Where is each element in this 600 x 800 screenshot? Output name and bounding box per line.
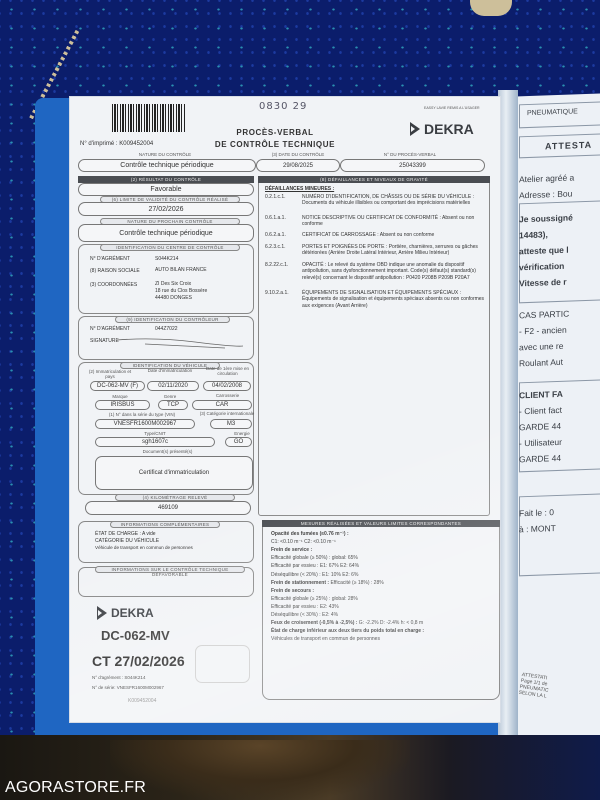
marque-value: IRISBUS (95, 400, 150, 410)
rs-client-fact: - Client fact (519, 405, 562, 417)
documents-value: Certificat d'immatriculation (95, 456, 253, 490)
infos-defavorable-label: INFORMATIONS SUR LE CONTRÔLE TECHNIQUE D… (95, 566, 245, 573)
nature-value: Contrôle technique périodique (78, 159, 256, 172)
defect-code: 0.6.1.a.1. (265, 215, 299, 221)
carrosserie-label: Carrosserie (210, 393, 245, 398)
handwritten-note: 0830 29 (259, 101, 307, 112)
rs-avec: avec une re (519, 341, 563, 353)
resultat-label: (2) RÉSULTAT DU CONTRÔLE (78, 176, 254, 183)
genre-label: Genre (160, 394, 180, 399)
dekra-chevron-icon (97, 606, 107, 620)
sticker-plate: DC-062-MV (101, 628, 170, 643)
controleur-agrement: 044Z7022 (155, 326, 178, 332)
rs-attestation: ATTESTA (545, 140, 592, 152)
infos-line1: ÉTAT DE CHARGE : A vide (95, 531, 156, 537)
tyre-attestation-sheet: PNEUMATIQUE ATTESTA Atelier agréé a Adre… (515, 94, 600, 747)
centre-agrement: S044K214 (155, 256, 178, 262)
sticker-bottom: K009452004 (128, 698, 156, 704)
page-title: PROCÈS-VERBAL DE CONTRÔLE TECHNIQUE (210, 127, 340, 151)
sticker-ct-date: CT 27/02/2026 (92, 653, 185, 669)
rs-cas-partic: CAS PARTIC (519, 309, 569, 321)
knee (110, 740, 410, 800)
controleur-label: (9) IDENTIFICATION DU CONTRÔLEUR (115, 316, 230, 323)
sticker-stamp-box (195, 645, 250, 683)
rs-ref: 14483), (519, 229, 548, 240)
rs-atelier: Atelier agréé a (519, 172, 574, 184)
rs-je-soussigne: Je soussigné (519, 212, 573, 224)
validite-value: 27/02/2026 (78, 202, 254, 216)
date-value: 29/08/2025 (256, 159, 340, 172)
measure-line: Véhicules de transport en commun de pers… (271, 635, 380, 643)
genre-value: TCP (158, 400, 188, 410)
date-mec-value: 04/02/2008 (203, 381, 251, 391)
categorie-label: (3) Catégorie internationale (198, 411, 256, 416)
date-mec-label: Date de 1ère mise en circulation (200, 366, 255, 376)
defect-text: PORTES ET POIGNÉES DE PORTE : Portière, … (302, 244, 490, 257)
controleur-agrement-label: N° D'AGRÉMENT (90, 326, 130, 332)
tiny-header: EASSY LAVIE REMIS A L'USAGER (424, 106, 480, 110)
rs-fine-print: ATTESTATI Page 1/1 de PNEUMATIC SELON LA… (518, 672, 551, 700)
carrosserie-value: CAR (192, 400, 252, 410)
defect-text: CERTIFICAT DE CARROSSAGE : Absent ou non… (302, 232, 490, 238)
sticker-serie: N° de série: VNESFR1600M002967 (92, 685, 164, 690)
defaillances-label: (8) DÉFAILLANCES ET NIVEAUX DE GRAVITÉ (258, 176, 490, 183)
defect-item: 0.6.2.a.1.CERTIFICAT DE CARROSSAGE : Abs… (265, 232, 490, 238)
rs-a-mont: à : MONT (519, 523, 556, 534)
seat-pattern (470, 0, 512, 16)
dekra-logo: DEKRA (410, 121, 474, 137)
infos-line2: CATÉGORIE DU VÉHICULE (95, 538, 159, 544)
date-immat-label: Date d'immatriculation (145, 368, 195, 373)
rs-utilisateur: - Utilisateur (519, 437, 562, 449)
watermark: AGORASTORE.FR (5, 779, 146, 797)
defect-item: 8.2.22.c.1.OPACITÉ : Le relevé du systèm… (265, 262, 490, 281)
rs-roulant: Roulant Aut (519, 357, 563, 369)
defect-text: NUMÉRO D'IDENTIFICATION, DE CHÂSSIS OU D… (302, 194, 490, 207)
energie-value: GO (225, 437, 252, 447)
centre-label: IDENTIFICATION DU CENTRE DE CONTRÔLE (100, 244, 240, 251)
barcode (112, 104, 185, 132)
defect-item: 0.6.1.a.1.NOTICE DESCRIPTIVE OU CERTIFIC… (265, 215, 490, 228)
raison-value: AUTO BILAN FRANCE (155, 267, 207, 273)
kilometrage-value: 469109 (85, 501, 251, 515)
coord-line1: ZI Des Six Croix (155, 281, 191, 287)
signature-scribble (115, 334, 245, 350)
infos-line3: Véhicule de transport en commun de perso… (95, 545, 193, 550)
immat-value: DC-062-MV (F) (90, 381, 145, 391)
date-label: (3) DATE DU CONTRÔLE (262, 152, 334, 157)
defect-code: 6.2.3.c.1. (265, 244, 299, 250)
defect-code: 8.2.22.c.1. (265, 262, 299, 268)
energie-label: Energie (232, 431, 252, 436)
coord-line3: 44480 DONGES (155, 295, 192, 301)
rs-garde1: GARDE 44 (519, 421, 561, 432)
defect-text: OPACITÉ : Le relevé du système OBD indiq… (302, 262, 490, 281)
rs-garde2: GARDE 44 (519, 453, 561, 464)
rs-client: CLIENT FA (519, 389, 563, 401)
raison-label: (8) RAISON SOCIALE (90, 268, 140, 274)
defect-text: ÉQUIPEMENTS DE SIGNALISATION ET ÉQUIPEME… (302, 290, 490, 309)
sticker-dekra-logo: DEKRA (97, 606, 154, 620)
dekra-chevron-icon (410, 122, 420, 136)
rs-vitesse: Vitesse de r (519, 277, 567, 289)
defect-item: 0.2.1.c.1.NUMÉRO D'IDENTIFICATION, DE CH… (265, 194, 490, 207)
mesures-label: MESURES RÉALISÉES ET VALEURS LIMITES COR… (262, 520, 500, 527)
prochain-value: Contrôle technique périodique (78, 224, 254, 242)
rs-fait-le: Fait le : 0 (519, 507, 554, 518)
defect-code: 0.2.1.c.1. (265, 194, 299, 200)
folder-spine (498, 90, 518, 750)
type-value: sgh1607c (95, 437, 215, 447)
rs-f2: - F2 - ancien (519, 325, 567, 337)
vin-label: (1) N° dans la série du type (VIN) (102, 412, 182, 417)
documents-label: Document(s) présenté(s) (140, 449, 195, 454)
rs-adresse: Adresse : Bou (519, 188, 572, 200)
centre-box (78, 244, 254, 314)
pv-label: N° DU PROCÈS-VERBAL (345, 152, 475, 157)
date-immat-value: 02/11/2020 (147, 381, 199, 391)
rs-atteste: atteste que l (519, 245, 569, 257)
centre-agrement-label: N° D'AGRÉMENT (90, 256, 130, 262)
coord-label: (3) COORDONNÉES (90, 282, 137, 288)
nature-label: NATURE DU CONTRÔLE (120, 152, 210, 157)
imprime-number: N° d'imprimé : K009452004 (80, 141, 153, 147)
pv-value: 25043399 (340, 159, 485, 172)
resultat-value: Favorable (78, 183, 254, 196)
categorie-value: M3 (210, 419, 252, 429)
defect-code: 9.10.2.a.1. (265, 290, 299, 296)
infos-comp-label: INFORMATIONS COMPLÉMENTAIRES (110, 521, 220, 528)
coord-line2: 18 rue du Clos Bossère (155, 288, 207, 294)
defect-text: NOTICE DESCRIPTIVE OU CERTIFICAT DE CONF… (302, 215, 490, 228)
type-label: Type/CNIT (140, 431, 170, 436)
immat-label: (2) Immatriculation et pays (85, 369, 135, 379)
defect-item: 9.10.2.a.1.ÉQUIPEMENTS DE SIGNALISATION … (265, 290, 490, 309)
marque-label: Marque (110, 394, 130, 399)
defect-item: 6.2.3.c.1.PORTES ET POIGNÉES DE PORTE : … (265, 244, 490, 257)
kilometrage-label: (4) KILOMÉTRAGE RELEVÉ (115, 494, 235, 501)
sticker-agrement: N° d'agrément : S044K214 (92, 675, 145, 680)
vin-value: VNESFR1600M002967 (95, 419, 195, 429)
rs-verification: vérification (519, 261, 564, 273)
defaillances-heading: DÉFAILLANCES MINEURES : (265, 186, 334, 192)
defect-code: 0.6.2.a.1. (265, 232, 299, 238)
